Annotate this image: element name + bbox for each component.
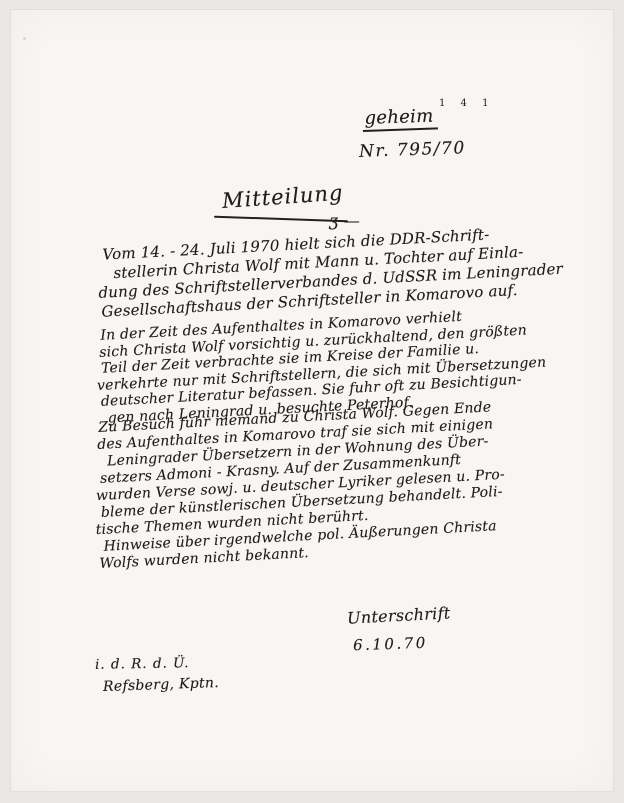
paragraph-3: Zu Besuch fuhr niemand zu Christa Wolf. … — [96, 395, 583, 573]
signature-date: 6.10.70 — [353, 634, 428, 655]
title-underline — [214, 216, 348, 223]
document-number: Nr. 795/70 — [359, 138, 466, 162]
certification-signature: Refsberg, Kptn. — [103, 675, 220, 695]
title-flourish: ʒ — — [329, 211, 360, 230]
scanned-document: 1 4 1 geheim Nr. 795/70 Mitteilung ʒ — V… — [0, 0, 624, 803]
scan-speck — [23, 37, 26, 40]
classification-stamp: geheim — [362, 105, 438, 132]
certification-abbreviation: i. d. R. d. Ü. — [95, 655, 190, 673]
document-page: 1 4 1 geheim Nr. 795/70 Mitteilung ʒ — V… — [10, 9, 614, 792]
signature-label: Unterschrift — [347, 603, 451, 627]
page-marker: 1 4 1 — [439, 98, 494, 109]
document-title: Mitteilung — [221, 181, 344, 213]
